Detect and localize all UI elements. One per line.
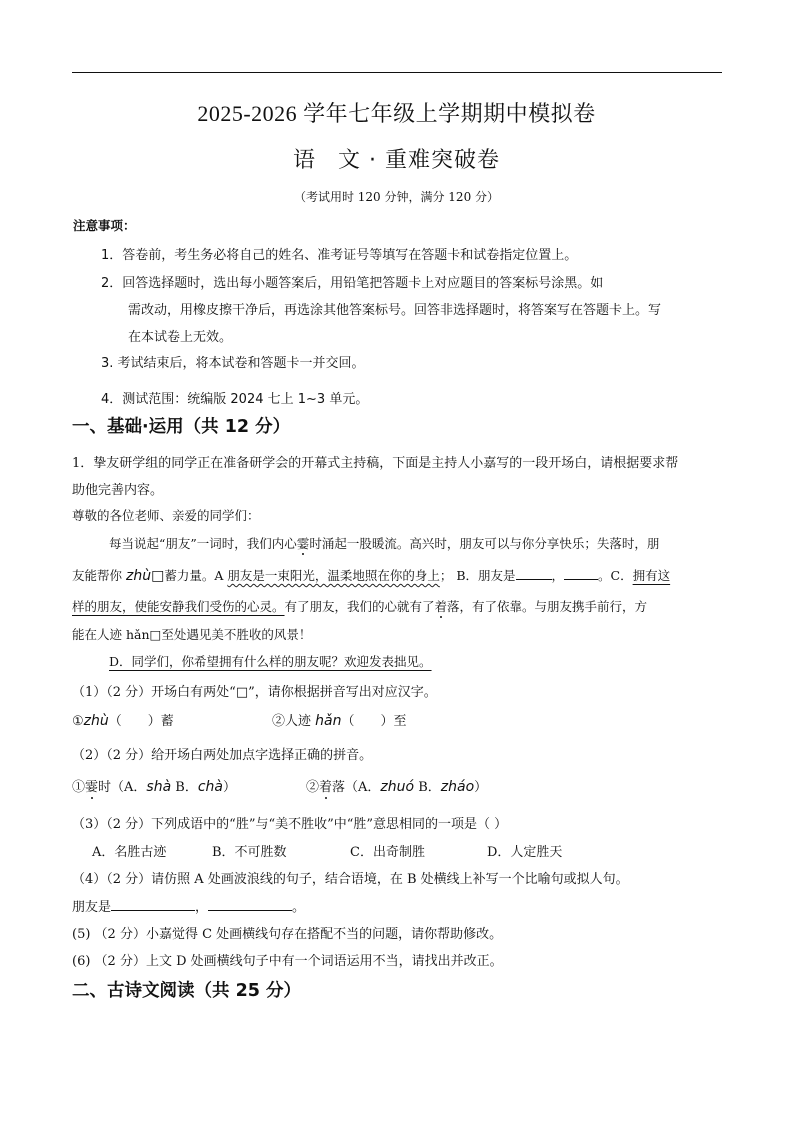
exam-subtitle: 语文 · 重难突破卷 [0, 143, 793, 174]
pinyin-option: zhuó [380, 779, 414, 795]
paren: （ [109, 714, 122, 729]
blank-b2[interactable] [564, 567, 598, 580]
greeting: 尊敬的各位老师、亲爱的同学们： [72, 506, 260, 524]
notice-item-2-cont2: 在本试卷上无效。 [128, 326, 232, 345]
underlined-sentence-c: 样的朋友，使能安静我们受伤的心灵。 [72, 599, 285, 614]
sub3-option-a: A．名胜古迹 [92, 841, 166, 860]
q1-intro-line1: 1．挚友研学组的同学正在准备研学会的开幕式主持稿，下面是主持人小嘉写的一段开场白… [72, 452, 678, 471]
answer-blank-1[interactable] [111, 898, 195, 911]
time-note: （考试用时 120 分钟，满分 120 分） [0, 188, 793, 205]
passage-text: ， [552, 568, 565, 583]
notice-item-2: 2．回答选择题时，选出每小题答案后，用铅笔把答题卡上对应题目的答案标号涂黑。如 [101, 272, 603, 291]
sub5-prompt: (5) （2 分）小嘉觉得 C 处画横线句存在搭配不当的问题，请你帮助修改。 [72, 923, 502, 942]
passage-text: 时涌起一股暖流。高兴时，朋友可以与你分享快乐；失落时，朋 [309, 536, 659, 551]
passage-line-3: 样的朋友，使能安静我们受伤的心灵。有了朋友，我们的心就有了着落，有了依靠。与朋友… [72, 597, 647, 615]
sub4-prompt: （4）（2 分）请仿照 A 处画波浪线的句子，结合语境，在 B 处横线上补写一个… [72, 868, 629, 887]
sub3-option-d: D．人定胜天 [487, 841, 562, 860]
wavy-underlined-sentence-a: 朋友是一束阳光，温柔地照在你的身上 [227, 568, 440, 583]
pinyin-text: zhù□ [126, 568, 164, 584]
q1-intro-line2: 助他完善内容。 [72, 479, 163, 498]
section-2-heading: 二、古诗文阅读（共 25 分） [72, 977, 301, 1002]
sub2-option-a: ①霎时（A．shà B．chà） [72, 776, 236, 795]
pinyin-option: chà [198, 779, 223, 795]
item-number: ① [72, 714, 84, 729]
pinyin-option: shà [146, 779, 171, 795]
passage-line-4: 能在人迹 hǎn□至处遇见美不胜收的风景！ [72, 625, 311, 643]
punctuation: ， [195, 900, 208, 915]
option-text: 时（A． [98, 780, 146, 795]
passage-text: ； B．朋友是 [440, 568, 516, 583]
sub4-answer-line: 朋友是，。 [72, 896, 305, 915]
paren: ） [474, 780, 487, 795]
passage-text: 落，有了依靠。与朋友携手前行，方 [447, 599, 647, 614]
option-text: B． [171, 780, 198, 795]
sub1-answers: ①zhù（）蓄 [72, 710, 174, 729]
underlined-sentence-c: 拥有这 [633, 568, 671, 583]
sub2-option-b: ②着落（A．zhuó B．zháo） [306, 776, 487, 795]
sub1-answers-b: ②人迹 hǎn（）至 [272, 710, 407, 729]
underlined-sentence-d: D．同学们，你希望拥有什么样的朋友呢？欢迎发表拙见。 [109, 654, 432, 669]
answer-blank-2[interactable] [208, 898, 292, 911]
passage-line-5: D．同学们，你希望拥有什么样的朋友呢？欢迎发表拙见。 [109, 652, 432, 670]
answer-prefix: 朋友是 [72, 900, 111, 915]
item-number: ② [306, 780, 319, 795]
sub1-prompt: （1）（2 分）开场白有两处“□”，请你根据拼音写出对应汉字。 [72, 681, 437, 700]
dotted-char: 霎 [297, 536, 310, 551]
subtitle-right: 文 · 重难突破卷 [338, 148, 500, 173]
passage-text: 每当说起“朋友”一词时，我们内心 [109, 536, 297, 551]
pinyin-text: zhù [84, 713, 109, 729]
pinyin-text: hǎn [315, 713, 341, 729]
notice-item-2-cont: 需改动，用橡皮擦干净后，再选涂其他答案标号。回答非选择题时，将答案写在答题卡上。… [128, 299, 661, 318]
subtitle-left: 语 [293, 148, 316, 173]
sub3-option-b: B．不可胜数 [212, 841, 287, 860]
blank-b1[interactable] [516, 567, 552, 580]
passage-text: 友能帮你 [72, 568, 126, 583]
passage-line-2: 友能帮你 zhù□蓄力量。A 朋友是一束阳光，温柔地照在你的身上； B．朋友是，… [72, 566, 670, 584]
passage-text: 有了朋友，我们的心就有了 [285, 599, 435, 614]
sub3-option-c: C．出奇制胜 [350, 841, 425, 860]
dotted-char: 霎 [85, 780, 98, 795]
paren: （ [341, 714, 354, 729]
notice-heading: 注意事项： [73, 216, 136, 234]
notice-item-1: 1．答卷前，考生务必将自己的姓名、准考证号等填写在答题卡和试卷指定位置上。 [101, 244, 577, 263]
option-text: 落（A． [332, 780, 380, 795]
passage-text: 蓄力量。A [164, 568, 227, 583]
passage-line-1: 每当说起“朋友”一词时，我们内心霎时涌起一股暖流。高兴时，朋友可以与你分享快乐；… [109, 534, 659, 552]
dotted-char: 着 [435, 599, 448, 614]
paren: ）蓄 [148, 714, 174, 729]
paren: ）至 [380, 714, 406, 729]
notice-item-3: 3. 考试结束后，将本试卷和答题卡一并交回。 [101, 352, 365, 371]
sub2-prompt: （2）（2 分）给开场白两处加点字选择正确的拼音。 [72, 744, 372, 763]
punctuation: 。 [292, 900, 305, 915]
exam-title: 2025-2026 学年七年级上学期期中模拟卷 [0, 97, 793, 128]
notice-item-4: 4．测试范围：统编版 2024 七上 1~3 单元。 [101, 388, 368, 407]
sub3-prompt: （3）（2 分）下列成语中的“胜”与“美不胜收”中“胜”意思相同的一项是（ ） [72, 813, 507, 832]
header-rule [72, 72, 722, 73]
passage-text: 。C． [598, 568, 633, 583]
option-text: B． [414, 780, 441, 795]
paren: ） [223, 780, 236, 795]
item-number: ②人迹 [272, 714, 315, 729]
pinyin-option: zháo [441, 779, 474, 795]
sub6-prompt: (6) （2 分）上文 D 处画横线句子中有一个词语运用不当，请找出并改正。 [72, 950, 503, 969]
item-number: ① [72, 780, 85, 795]
dotted-char: 着 [319, 780, 332, 795]
section-1-heading: 一、基础·运用（共 12 分） [72, 413, 290, 438]
